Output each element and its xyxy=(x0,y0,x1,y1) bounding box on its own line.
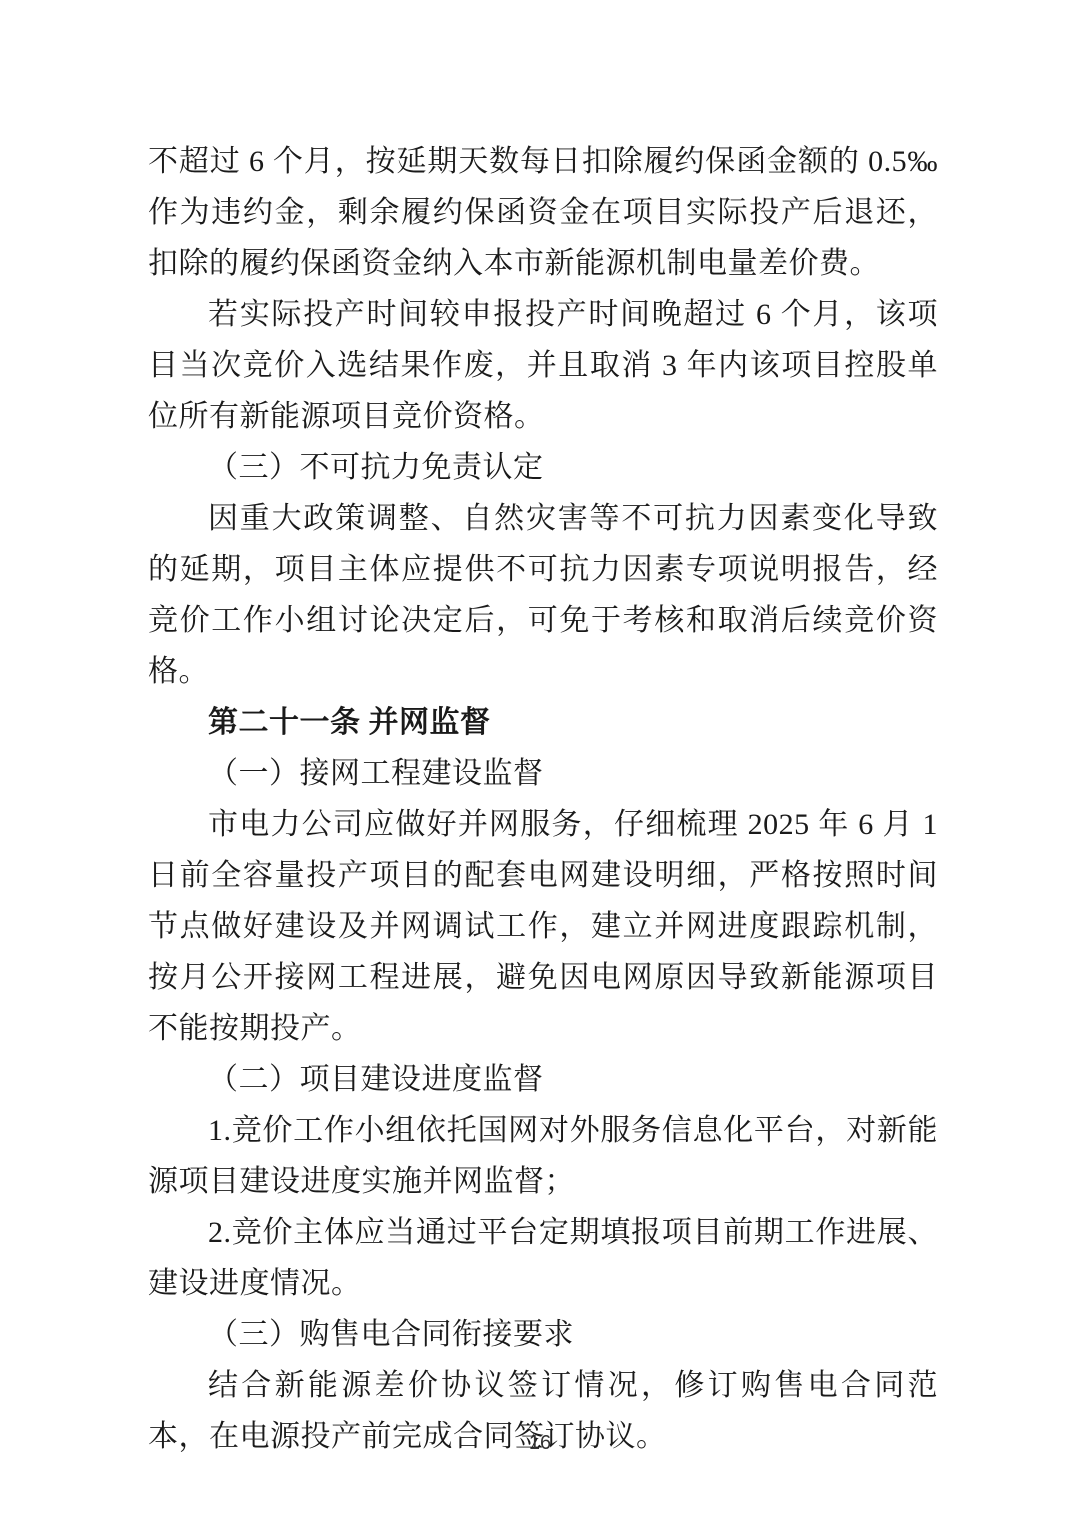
body-paragraph: 若实际投产时间较申报投产时间晚超过 6 个月，该项目当次竞价入选结果作废，并且取… xyxy=(148,289,938,442)
page-number: 16 xyxy=(0,1432,1080,1455)
body-paragraph: 1.竞价工作小组依托国网对外服务信息化平台，对新能源项目建设进度实施并网监督； xyxy=(148,1105,938,1207)
body-paragraph: 2.竞价主体应当通过平台定期填报项目前期工作进展、建设进度情况。 xyxy=(148,1207,938,1309)
article-21-heading: 第二十一条 并网监督 xyxy=(148,697,938,748)
clause-heading-3-power-purchase-contract: （三）购售电合同衔接要求 xyxy=(148,1309,938,1360)
body-paragraph: 因重大政策调整、自然灾害等不可抗力因素变化导致的延期，项目主体应提供不可抗力因素… xyxy=(148,493,938,697)
clause-heading-2-construction-progress: （二）项目建设进度监督 xyxy=(148,1054,938,1105)
clause-heading-3-force-majeure: （三）不可抗力免责认定 xyxy=(148,442,938,493)
body-paragraph: 市电力公司应做好并网服务，仔细梳理 2025 年 6 月 1 日前全容量投产项目… xyxy=(148,799,938,1054)
document-body: 不超过 6 个月，按延期天数每日扣除履约保函金额的 0.5‰作为违约金，剩余履约… xyxy=(148,136,938,1462)
body-paragraph: 不超过 6 个月，按延期天数每日扣除履约保函金额的 0.5‰作为违约金，剩余履约… xyxy=(148,136,938,289)
clause-heading-1-grid-connection: （一）接网工程建设监督 xyxy=(148,748,938,799)
document-page: 不超过 6 个月，按延期天数每日扣除履约保函金额的 0.5‰作为违约金，剩余履约… xyxy=(0,0,1080,1527)
